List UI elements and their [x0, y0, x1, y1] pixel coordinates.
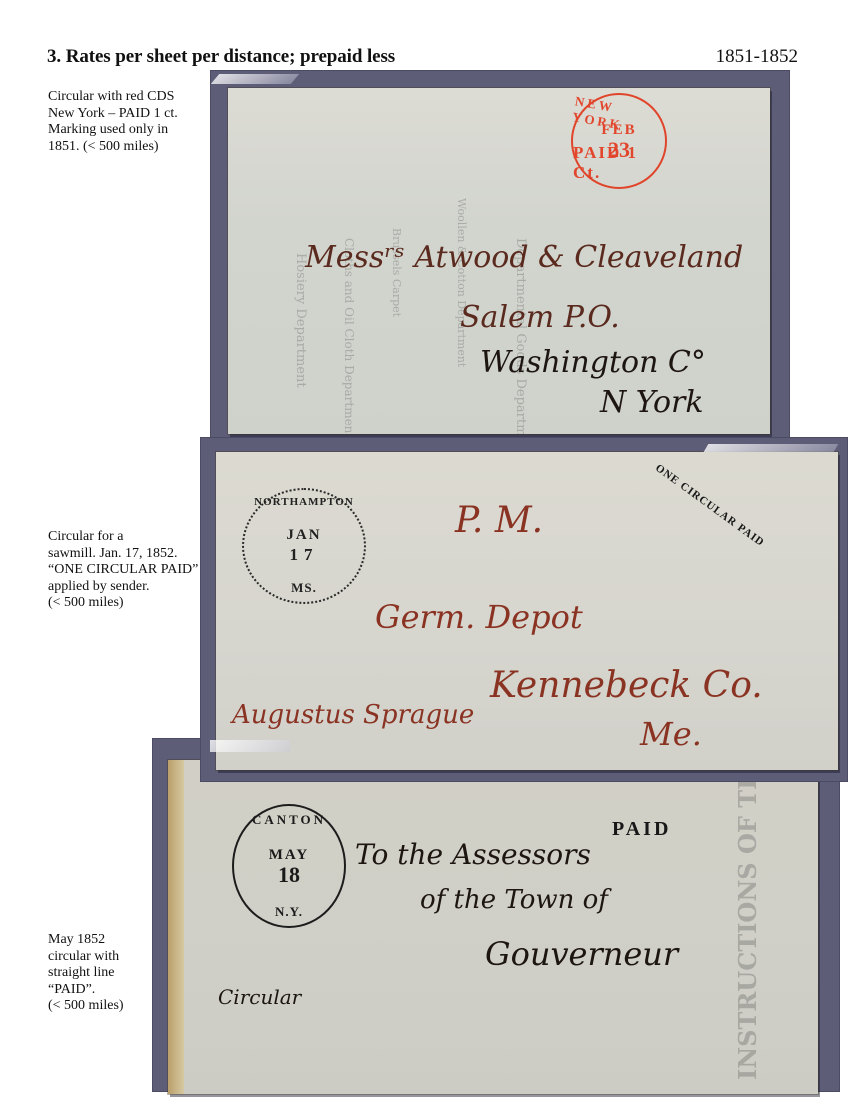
sender-name: Augustus Sprague	[232, 700, 474, 730]
date-range: 1851-1852	[716, 46, 798, 68]
caption-cover-3: May 1852 circular with straight line “PA…	[48, 932, 148, 1015]
postmark-town: CANTON	[252, 812, 326, 828]
postmark-northampton: NORTHAMPTON JAN 17 MS.	[242, 488, 366, 604]
postmark-month: MAY	[269, 847, 309, 864]
postmark-town: NORTHAMPTON	[254, 496, 354, 508]
caption-line: 1851. (< 500 miles)	[48, 139, 208, 156]
ghost-print: INSTRUCTIONS OF THE COMPTROLLER	[733, 760, 762, 1080]
caption-line: Circular with red CDS	[48, 89, 208, 106]
mount-corner-sleeve	[210, 740, 290, 752]
address-line: of the Town of	[420, 885, 608, 915]
caption-line: Marking used only in	[48, 122, 208, 139]
postmark-day: 18	[278, 864, 300, 886]
postmark-rate: PAID 1 Ct.	[573, 143, 665, 183]
caption-line: “PAID”.	[48, 982, 148, 999]
page-heading: 3. Rates per sheet per distance; prepaid…	[47, 46, 395, 68]
caption-line: “ONE CIRCULAR PAID”	[48, 562, 218, 579]
caption-cover-2: Circular for a sawmill. Jan. 17, 1852. “…	[48, 529, 218, 612]
address-line: Messʳˢ Atwood & Cleaveland	[305, 240, 743, 275]
caption-line: Circular for a	[48, 529, 218, 546]
mount-corner-sleeve	[211, 74, 299, 84]
address-line: Gouverneur	[485, 935, 678, 973]
circular-note: Circular	[218, 985, 301, 1009]
address-line: To the Assessors	[355, 838, 591, 871]
address-line: P. M.	[455, 500, 543, 541]
address-line: Washington C°	[480, 345, 706, 380]
caption-line: May 1852	[48, 932, 148, 949]
postmark-state: MS.	[291, 580, 317, 596]
address-line: N York	[600, 385, 704, 420]
address-line: Kennebeck Co.	[490, 665, 763, 706]
caption-line: New York – PAID 1 ct.	[48, 106, 208, 123]
address-line: Salem P.O.	[460, 300, 620, 335]
postmark-day: 17	[290, 544, 319, 566]
caption-line: applied by sender.	[48, 579, 218, 596]
caption-cover-1: Circular with red CDS New York – PAID 1 …	[48, 89, 208, 155]
postmark-new-york: NEW YORK FEB 23 PAID 1 Ct.	[571, 93, 667, 189]
ghost-print: Woollen & Cotton Department	[455, 198, 468, 367]
postmark-state: N.Y.	[275, 904, 303, 920]
address-line: Germ. Depot	[375, 598, 583, 636]
caption-line: (< 500 miles)	[48, 998, 148, 1015]
postmark-canton: CANTON MAY 18 N.Y.	[232, 804, 346, 928]
caption-line: straight line	[48, 965, 148, 982]
caption-line: sawmill. Jan. 17, 1852.	[48, 546, 218, 563]
address-line: Me.	[640, 715, 702, 753]
caption-line: circular with	[48, 949, 148, 966]
postmark-month: JAN	[286, 527, 321, 544]
mount-corner-sleeve	[704, 444, 839, 452]
paper-edge	[168, 760, 184, 1094]
paid-handstamp: PAID	[612, 818, 671, 841]
caption-line: (< 500 miles)	[48, 595, 218, 612]
